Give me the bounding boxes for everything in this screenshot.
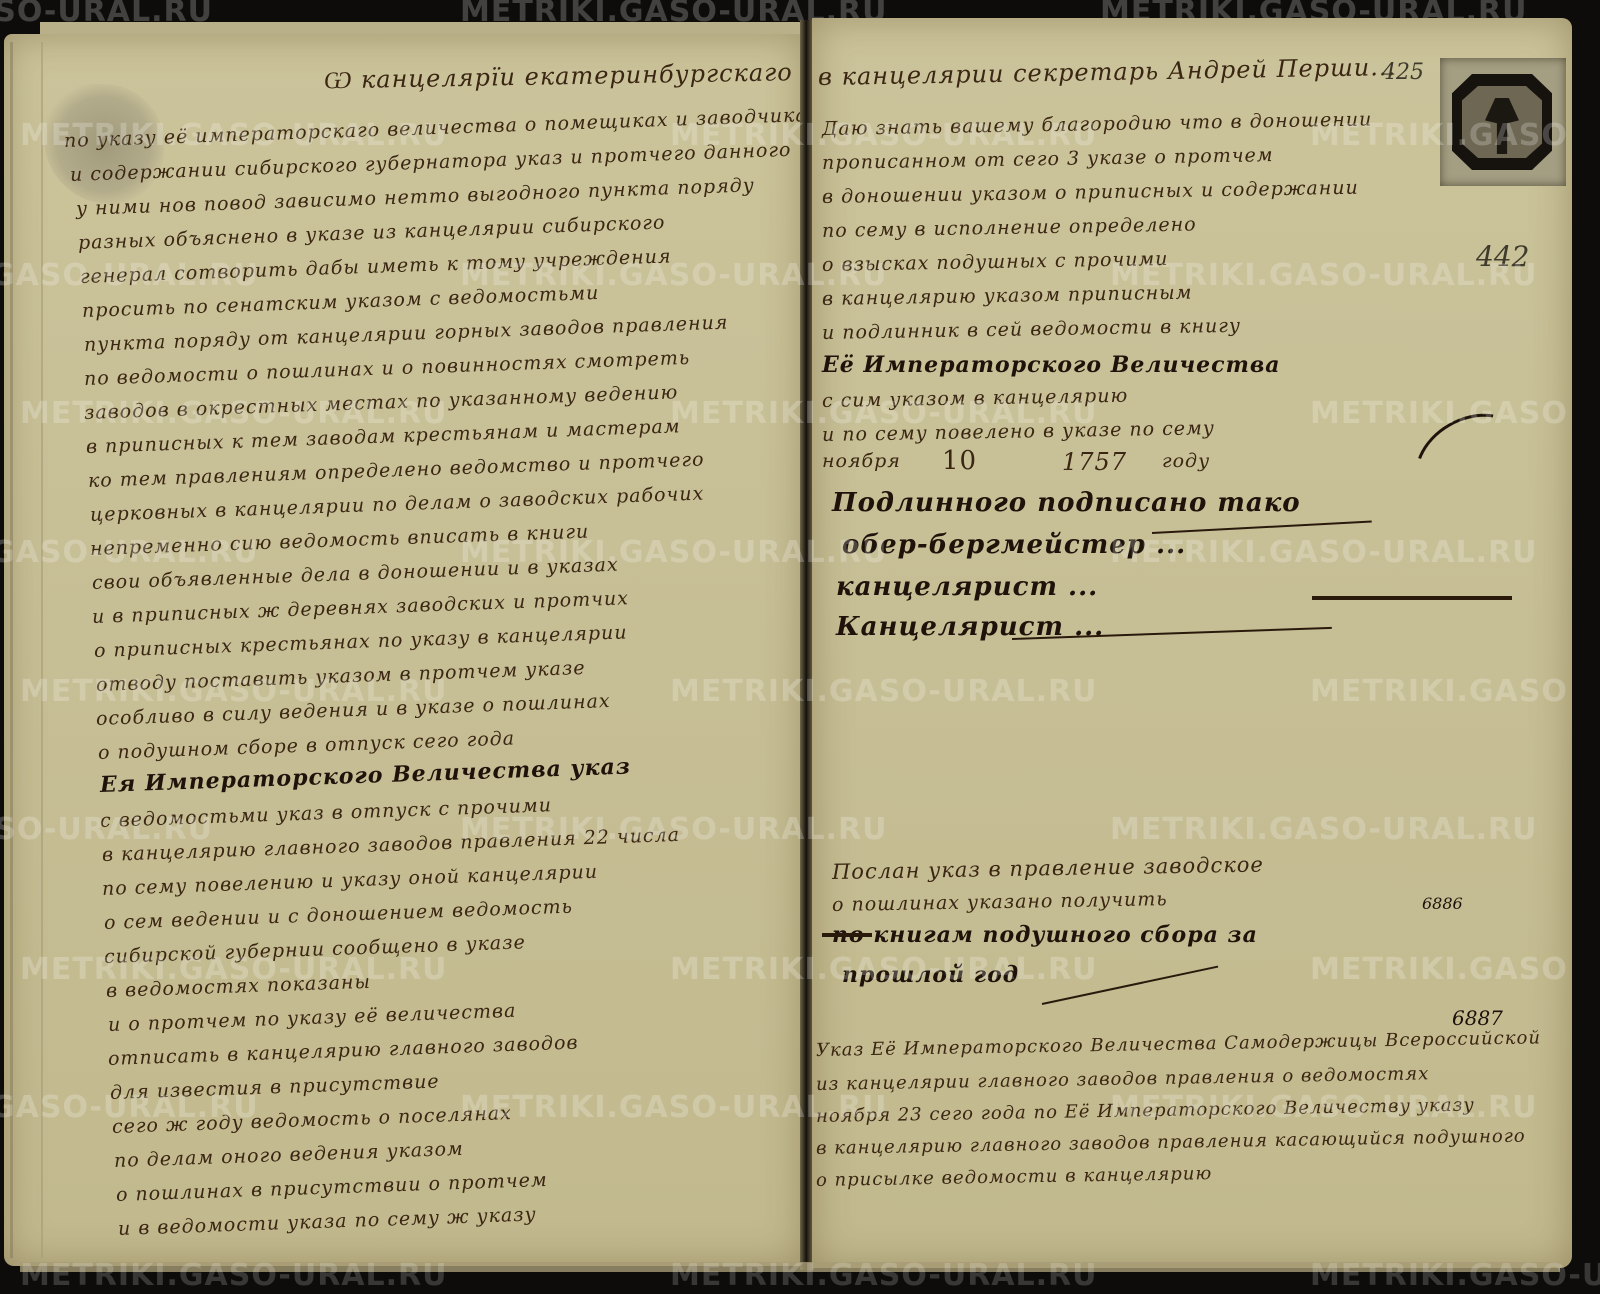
watermark: METRIKI.GASO-URAL.RU [20, 118, 448, 153]
right-page-header-line: в канцелярии секретарь Андрей Перши... [818, 53, 1397, 91]
text-line: о присылке ведомости в канцелярию [816, 1163, 1213, 1191]
watermark: METRIKI.GASO-URAL.RU [1310, 1258, 1600, 1293]
text-line: в канцелярию главного заводов правления … [816, 1126, 1526, 1159]
watermark: METRIKI.GASO-URAL.RU [20, 952, 448, 987]
watermark: METRIKI.GASO-URAL.RU [20, 396, 448, 431]
watermark: METRIKI.GASO-URAL.RU [670, 396, 1098, 431]
signature-line: канцелярист ... [836, 572, 1098, 602]
text-line: Послан указ в правление заводское [832, 852, 1264, 884]
text-line: Указ Её Императорского Величества Самоде… [816, 1027, 1541, 1061]
watermark: METRIKI.GASO-URAL.RU [670, 952, 1098, 987]
text-line: и подлинник в сей ведомости в книгу [822, 315, 1241, 344]
left-page: Ѡ канцелярїи екатеринбургскаго заводов п… [4, 34, 804, 1266]
watermark: GASO-URAL.RU [0, 535, 259, 570]
watermark: METRIKI.GASO [1310, 674, 1568, 709]
text-line: о приписных крестьянах по указу в канцел… [94, 621, 628, 662]
register-number-6887: 6887 [1452, 1006, 1503, 1030]
text-line: по сему в исполнение определено [822, 213, 1197, 242]
watermark: METRIKI.GASO-URAL.RU [460, 258, 888, 293]
text-line: о пошлинах указано получить [832, 888, 1168, 916]
date-year: 1757 [1062, 448, 1127, 476]
watermark: METRIKI.GASO-URAL.RU [460, 535, 888, 570]
signature-flourish [1152, 520, 1372, 534]
watermark: METRIKI.GASO-URAL.RU [1110, 535, 1538, 570]
manuscript-spread: ASO-URAL.RU METRIKI.GASO-URAL.RU METRIKI… [0, 0, 1600, 1294]
watermark: METRIKI.GASO [1310, 118, 1568, 153]
watermark: GASO-URAL.RU [0, 258, 259, 293]
text-line: о подушном сборе в отпуск сего года [98, 727, 516, 764]
watermark: METRIKI.GASO-URAL.RU [20, 674, 448, 709]
folio-number-top: 425 [1382, 60, 1424, 85]
text-line: и в ведомости указа по сему ж указу [118, 1203, 537, 1240]
text-line-emphasis: по книгам подушного сбора за [832, 922, 1258, 948]
watermark: GASO-URAL.RU [0, 1090, 259, 1125]
watermark: ASO-URAL.RU [0, 812, 213, 847]
watermark: METRIKI.GASO [1310, 952, 1568, 987]
text-line-emphasis: Её Императорского Величества [822, 352, 1281, 378]
watermark: METRIKI.GASO-URAL.RU [670, 1258, 1098, 1293]
ink-stroke [822, 933, 872, 937]
date-month: ноября [822, 450, 901, 472]
text-line: отписать в канцелярию главного заводов [108, 1032, 579, 1070]
register-number-6886: 6886 [1422, 894, 1463, 913]
watermark: METRIKI.GASO-URAL.RU [1110, 1090, 1538, 1125]
text-line: по делам оного ведения указом [114, 1138, 464, 1172]
date-line: ноября 10 1757 году [822, 446, 1422, 482]
text-line: о пошлинах в присутствии о протчем [116, 1169, 548, 1206]
date-day: 10 [942, 446, 977, 476]
watermark: METRIKI.GASO-URAL.RU [1110, 258, 1538, 293]
signature-line: Подлинного подписано тако [832, 488, 1301, 518]
watermark: METRIKI.GASO-URAL.RU [670, 674, 1098, 709]
text-line: по сему повелению и указу оной канцеляри… [102, 861, 599, 900]
watermark: METRIKI.GASO-URAL.RU [1110, 812, 1538, 847]
right-page: в канцелярии секретарь Андрей Перши... 4… [812, 18, 1572, 1268]
watermark: METRIKI.GASO [1310, 396, 1568, 431]
text-line: в доношении указом о приписных и содержа… [822, 177, 1359, 208]
text-line: церковных в канцелярии по делам о заводс… [90, 483, 705, 526]
watermark: METRIKI.GASO-URAL.RU [670, 118, 1098, 153]
signature-flourish [1312, 596, 1512, 600]
watermark: METRIKI.GASO-URAL.RU [460, 1090, 888, 1125]
watermark: METRIKI.GASO-URAL.RU [460, 812, 888, 847]
watermark: METRIKI.GASO-URAL.RU [20, 1258, 448, 1293]
text-line: и о протчем по указу её величества [108, 1000, 517, 1036]
text-line: и в приписных ж деревнях заводских и про… [92, 587, 630, 628]
date-suffix: году [1162, 450, 1210, 472]
text-line: о сем ведении и с доношением ведомость [104, 896, 574, 934]
